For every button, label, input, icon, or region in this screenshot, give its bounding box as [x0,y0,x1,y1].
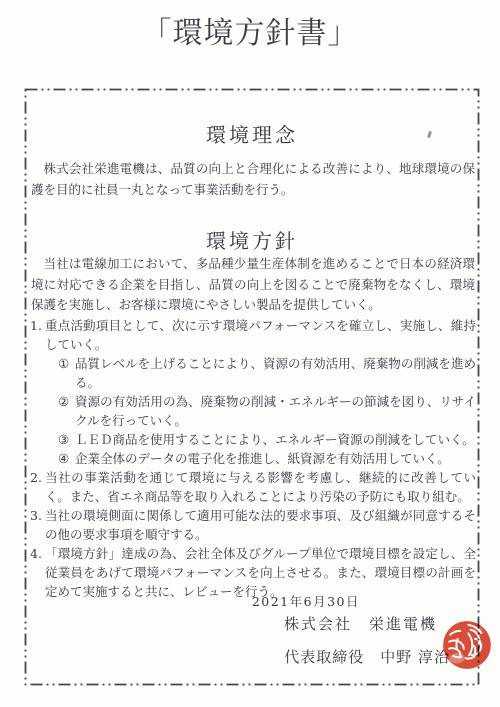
policy-item-4-number: 4. [30,544,42,563]
policy-sub-item-3: ③ＬＥＤ商品を使用することにより、エネルギー資源の削減をしていく。 [58,430,476,449]
policy-item-3-text: 当社の環境側面に関係して適用可能な法的要求事項、及び組織が同意するその他の要求事… [45,508,476,542]
signature-company-name: 株式会社 栄進電機 [284,613,437,634]
policy-items-list: 1.重点活動項目として、次に示す環境パフォーマンスを確立し、実施し、維持していく… [30,316,476,601]
policy-item-2-number: 2. [30,468,42,487]
policy-item-2-text: 当社の事業活動を通じて環境に与える影響を考慮し、継続的に改善していく。また、省エ… [45,470,476,504]
dashed-policy-box: 環境理念 株式会社栄進電機は、品質の向上と合理化による改善により、地球環境の保護… [24,88,480,686]
policy-sub-item-2-number: ② [58,392,69,411]
policy-paragraph: 当社は電線加工において、多品種少量生産体制を進めることで日本の経済環境に対応でき… [31,254,475,316]
policy-sub-item-1: ①品質レベルを上げることにより、資源の有効活用、廃棄物の削減を進める。 [58,354,476,392]
policy-sub-item-1-number: ① [58,354,69,373]
heading-environmental-philosophy: 環境理念 [24,119,480,148]
policy-sub-item-4-number: ④ [58,449,69,468]
policy-sub-item-4-text: 企業全体のデータの電子化を推進し、紙資源を有効活用していく。 [75,451,450,466]
red-hanko-seal-icon [438,616,495,673]
policy-sub-item-2-text: 資源の有効活用の為、廃棄物の削減・エネルギーの節減を図り、リサイクルを行っていく… [75,394,476,428]
policy-item-1-text: 重点活動項目として、次に示す環境パフォーマンスを確立し、実施し、維持していく。 [45,318,476,352]
policy-sub-item-4: ④企業全体のデータの電子化を推進し、紙資源を有効活用していく。 [58,449,476,468]
policy-item-1-number: 1. [30,316,42,335]
policy-item-2: 2.当社の事業活動を通じて環境に与える影響を考慮し、継続的に改善していく。また、… [30,468,476,506]
document-title: 「環境方針書」 [0,8,500,52]
policy-sub-item-3-text: ＬＥＤ商品を使用することにより、エネルギー資源の削減をしていく。 [75,432,475,447]
policy-sub-item-2: ②資源の有効活用の為、廃棄物の削減・エネルギーの節減を図り、リサイクルを行ってい… [58,392,476,430]
signature-representative-name: 代表取締役 中野 淳治 [284,646,450,667]
heading-environmental-policy: 環境方針 [24,225,480,254]
policy-sub-item-1-text: 品質レベルを上げることにより、資源の有効活用、廃棄物の削減を進める。 [75,356,476,390]
policy-document-page: 「環境方針書」 環境理念 株式会社栄進電機は、品質の向上と合理化による改善により… [0,0,500,707]
policy-item-1: 1.重点活動項目として、次に示す環境パフォーマンスを確立し、実施し、維持していく… [30,316,476,468]
signature-date: 2021年6月30日 [252,592,360,610]
policy-item-3-number: 3. [30,506,42,525]
policy-item-3: 3.当社の環境側面に関係して適用可能な法的要求事項、及び組織が同意するその他の要… [30,506,476,544]
philosophy-paragraph: 株式会社栄進電機は、品質の向上と合理化による改善により、地球環境の保護を目的に社… [31,159,475,200]
policy-sub-item-3-number: ③ [58,430,69,449]
